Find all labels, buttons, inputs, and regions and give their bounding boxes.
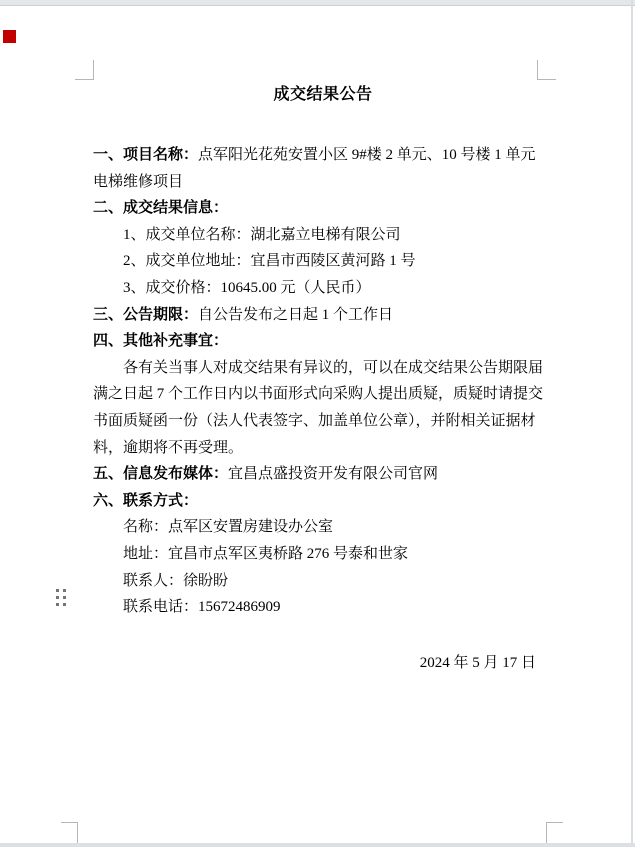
margin-corner-mark-top-left [75, 79, 93, 80]
doc-line: 三、公告期限：自公告发布之日起 1 个工作日 [93, 302, 553, 329]
margin-corner-mark-top-left [93, 60, 94, 80]
section-label: 一、项目名称： [93, 147, 198, 163]
section-label: 五、信息发布媒体： [93, 466, 228, 482]
app-window: { "colors": { "red_marker": "#c10000", "… [0, 0, 635, 847]
line-text: 点军阳光花苑安置小区 9#楼 2 单元、10 号楼 1 单元 [198, 147, 536, 163]
window-top-edge [0, 0, 635, 6]
line-text: 各有关当事人对成交结果有异议的，可以在成交结果公告期限届 [123, 360, 543, 376]
doc-line: 一、项目名称：点军阳光花苑安置小区 9#楼 2 单元、10 号楼 1 单元 [93, 142, 553, 169]
doc-line: 各有关当事人对成交结果有异议的，可以在成交结果公告期限届 [93, 355, 553, 382]
margin-corner-mark-top-right [537, 79, 556, 80]
line-text: 料，逾期将不再受理。 [93, 440, 243, 456]
section-label: 三、公告期限： [93, 307, 198, 323]
margin-corner-mark-bottom-left [61, 822, 78, 823]
doc-line: 电梯维修项目 [93, 169, 553, 196]
doc-line: 料，逾期将不再受理。 [93, 435, 553, 462]
line-text: 书面质疑函一份（法人代表签字、加盖单位公章），并附相关证据材 [93, 413, 536, 429]
window-right-border [631, 0, 633, 847]
line-text: 联系电话：15672486909 [123, 599, 281, 615]
line-text: 自公告发布之日起 1 个工作日 [198, 307, 393, 323]
margin-corner-mark-bottom-right [546, 822, 547, 843]
section-label: 二、成交结果信息： [93, 200, 228, 216]
doc-line: 1、成交单位名称：湖北嘉立电梯有限公司 [93, 222, 553, 249]
margin-corner-mark-bottom-left [77, 822, 78, 843]
section-label: 四、其他补充事宜： [93, 333, 228, 349]
doc-line: 六、联系方式： [93, 488, 553, 515]
line-text: 联系人：徐盼盼 [123, 573, 228, 589]
line-text: 2、成交单位地址：宜昌市西陵区黄河路 1 号 [123, 253, 416, 269]
section-label: 六、联系方式： [93, 493, 198, 509]
doc-line: 满之日起 7 个工作日内以书面形式向采购人提出质疑，质疑时请提交 [93, 381, 553, 408]
margin-corner-mark-bottom-right [546, 822, 563, 823]
margin-corner-mark-top-right [537, 60, 538, 80]
doc-line: 联系人：徐盼盼 [93, 568, 553, 595]
line-text: 地址：宜昌市点军区夷桥路 276 号泰和世家 [123, 546, 408, 562]
red-marker-square [3, 30, 16, 43]
doc-line: 书面质疑函一份（法人代表签字、加盖单位公章），并附相关证据材 [93, 408, 553, 435]
doc-line: 名称：点军区安置房建设办公室 [93, 514, 553, 541]
doc-line: 五、信息发布媒体：宜昌点盛投资开发有限公司官网 [93, 461, 553, 488]
doc-title: 成交结果公告 [93, 84, 553, 105]
line-text: 满之日起 7 个工作日内以书面形式向采购人提出质疑，质疑时请提交 [93, 386, 543, 402]
doc-line: 地址：宜昌市点军区夷桥路 276 号泰和世家 [93, 541, 553, 568]
doc-line: 2、成交单位地址：宜昌市西陵区黄河路 1 号 [93, 248, 553, 275]
drag-handle-icon[interactable] [56, 589, 66, 606]
doc-line: 联系电话：15672486909 [93, 594, 553, 621]
window-bottom-edge [0, 843, 635, 847]
document-page: 成交结果公告 一、项目名称：点军阳光花苑安置小区 9#楼 2 单元、10 号楼 … [93, 84, 553, 676]
doc-line: 四、其他补充事宜： [93, 328, 553, 355]
doc-line: 3、成交价格：10645.00 元（人民币） [93, 275, 553, 302]
line-text: 名称：点军区安置房建设办公室 [123, 519, 333, 535]
doc-date: 2024 年 5 月 17 日 [93, 650, 553, 677]
line-text: 3、成交价格：10645.00 元（人民币） [123, 280, 371, 296]
doc-line: 二、成交结果信息： [93, 195, 553, 222]
line-text: 宜昌点盛投资开发有限公司官网 [228, 466, 438, 482]
line-text: 1、成交单位名称：湖北嘉立电梯有限公司 [123, 227, 401, 243]
line-text: 电梯维修项目 [93, 174, 183, 190]
